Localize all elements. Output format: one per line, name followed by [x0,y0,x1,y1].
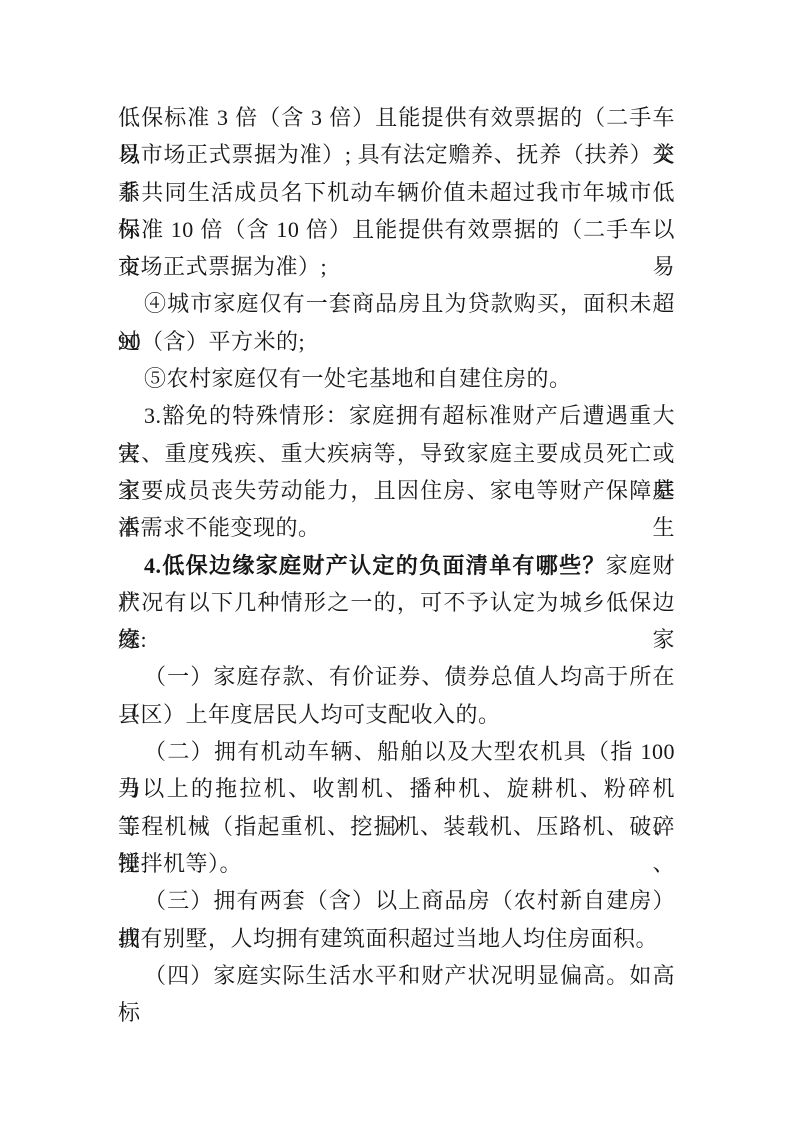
text-segment: 搅拌机等）。 [118,851,242,876]
text-line: ⑤农村家庭仅有一处宅基地和自建住房的。 [118,360,675,397]
text-segment: （四）家庭实际生活水平和财产状况明显偏高。如高标 [118,963,675,1025]
text-segment: 状况有以下几种情形之一的，可不予认定为城乡低保边缘家 [118,590,675,652]
text-segment: 拥有别墅，人均拥有建筑面积超过当地人均住房面积。 [118,926,658,951]
text-line: 易市场正式票据为准）; 具有法定赡养、抚养（扶养）关系 [118,136,675,173]
document-page: 低保标准 3 倍（含 3 倍）且能提供有效票据的（二手车以交易市场正式票据为准）… [0,0,793,1122]
text-line: 90（含）平方米的; [118,323,675,360]
text-line: 4.低保边缘家庭财产认定的负面清单有哪些？家庭财产 [118,547,675,584]
text-line: 力以上的拖拉机、收割机、播种机、旋耕机、粉碎机等）、 [118,770,675,807]
text-line: 工程机械（指起重机、挖掘机、装载机、压路机、破碎锤、 [118,808,675,845]
text-line: （三）拥有两套（含）以上商品房（农村新自建房）或 [118,882,675,919]
text-line: 拥有别墅，人均拥有建筑面积超过当地人均住房面积。 [118,920,675,957]
text-segment: ⑤农村家庭仅有一处宅基地和自建住房的。 [144,366,572,391]
text-line: 低保标准 3 倍（含 3 倍）且能提供有效票据的（二手车以交 [118,99,675,136]
text-line: （四）家庭实际生活水平和财产状况明显偏高。如高标 [118,957,675,994]
text-segment: 庭: [118,627,147,652]
text-line: 非共同生活成员名下机动车辆价值未超过我市年城市低保 [118,174,675,211]
text-line: 3.豁免的特殊情形：家庭拥有超标准财产后遭遇重大灾 [118,397,675,434]
text-segment: 90（含）平方米的; [118,329,305,354]
text-line: （二）拥有机动车辆、船舶以及大型农机具（指 100 马 [118,733,675,770]
text-line: （区）上年度居民人均可支配收入的。 [118,696,675,733]
text-line: ④城市家庭仅有一套商品房且为贷款购买，面积未超过 [118,285,675,322]
text-line: 状况有以下几种情形之一的，可不予认定为城乡低保边缘家 [118,584,675,621]
document-body: 低保标准 3 倍（含 3 倍）且能提供有效票据的（二手车以交易市场正式票据为准）… [118,99,675,994]
text-line: 标准 10 倍（含 10 倍）且能提供有效票据的（二手车以交易 [118,211,675,248]
bold-text-segment: 4.低保边缘家庭财产认定的负面清单有哪些？ [144,553,606,578]
text-line: 害、重度残疾、重大疾病等，导致家庭主要成员死亡或家庭 [118,435,675,472]
text-segment: 活需求不能变现的。 [118,515,321,540]
text-segment: 市场正式票据为准）; [118,254,327,279]
text-line: 主要成员丧失劳动能力，且因住房、家电等财产保障基本生 [118,472,675,509]
text-line: （一）家庭存款、有价证券、债券总值人均高于所在县 [118,658,675,695]
text-segment: （区）上年度居民人均可支配收入的。 [118,702,501,727]
